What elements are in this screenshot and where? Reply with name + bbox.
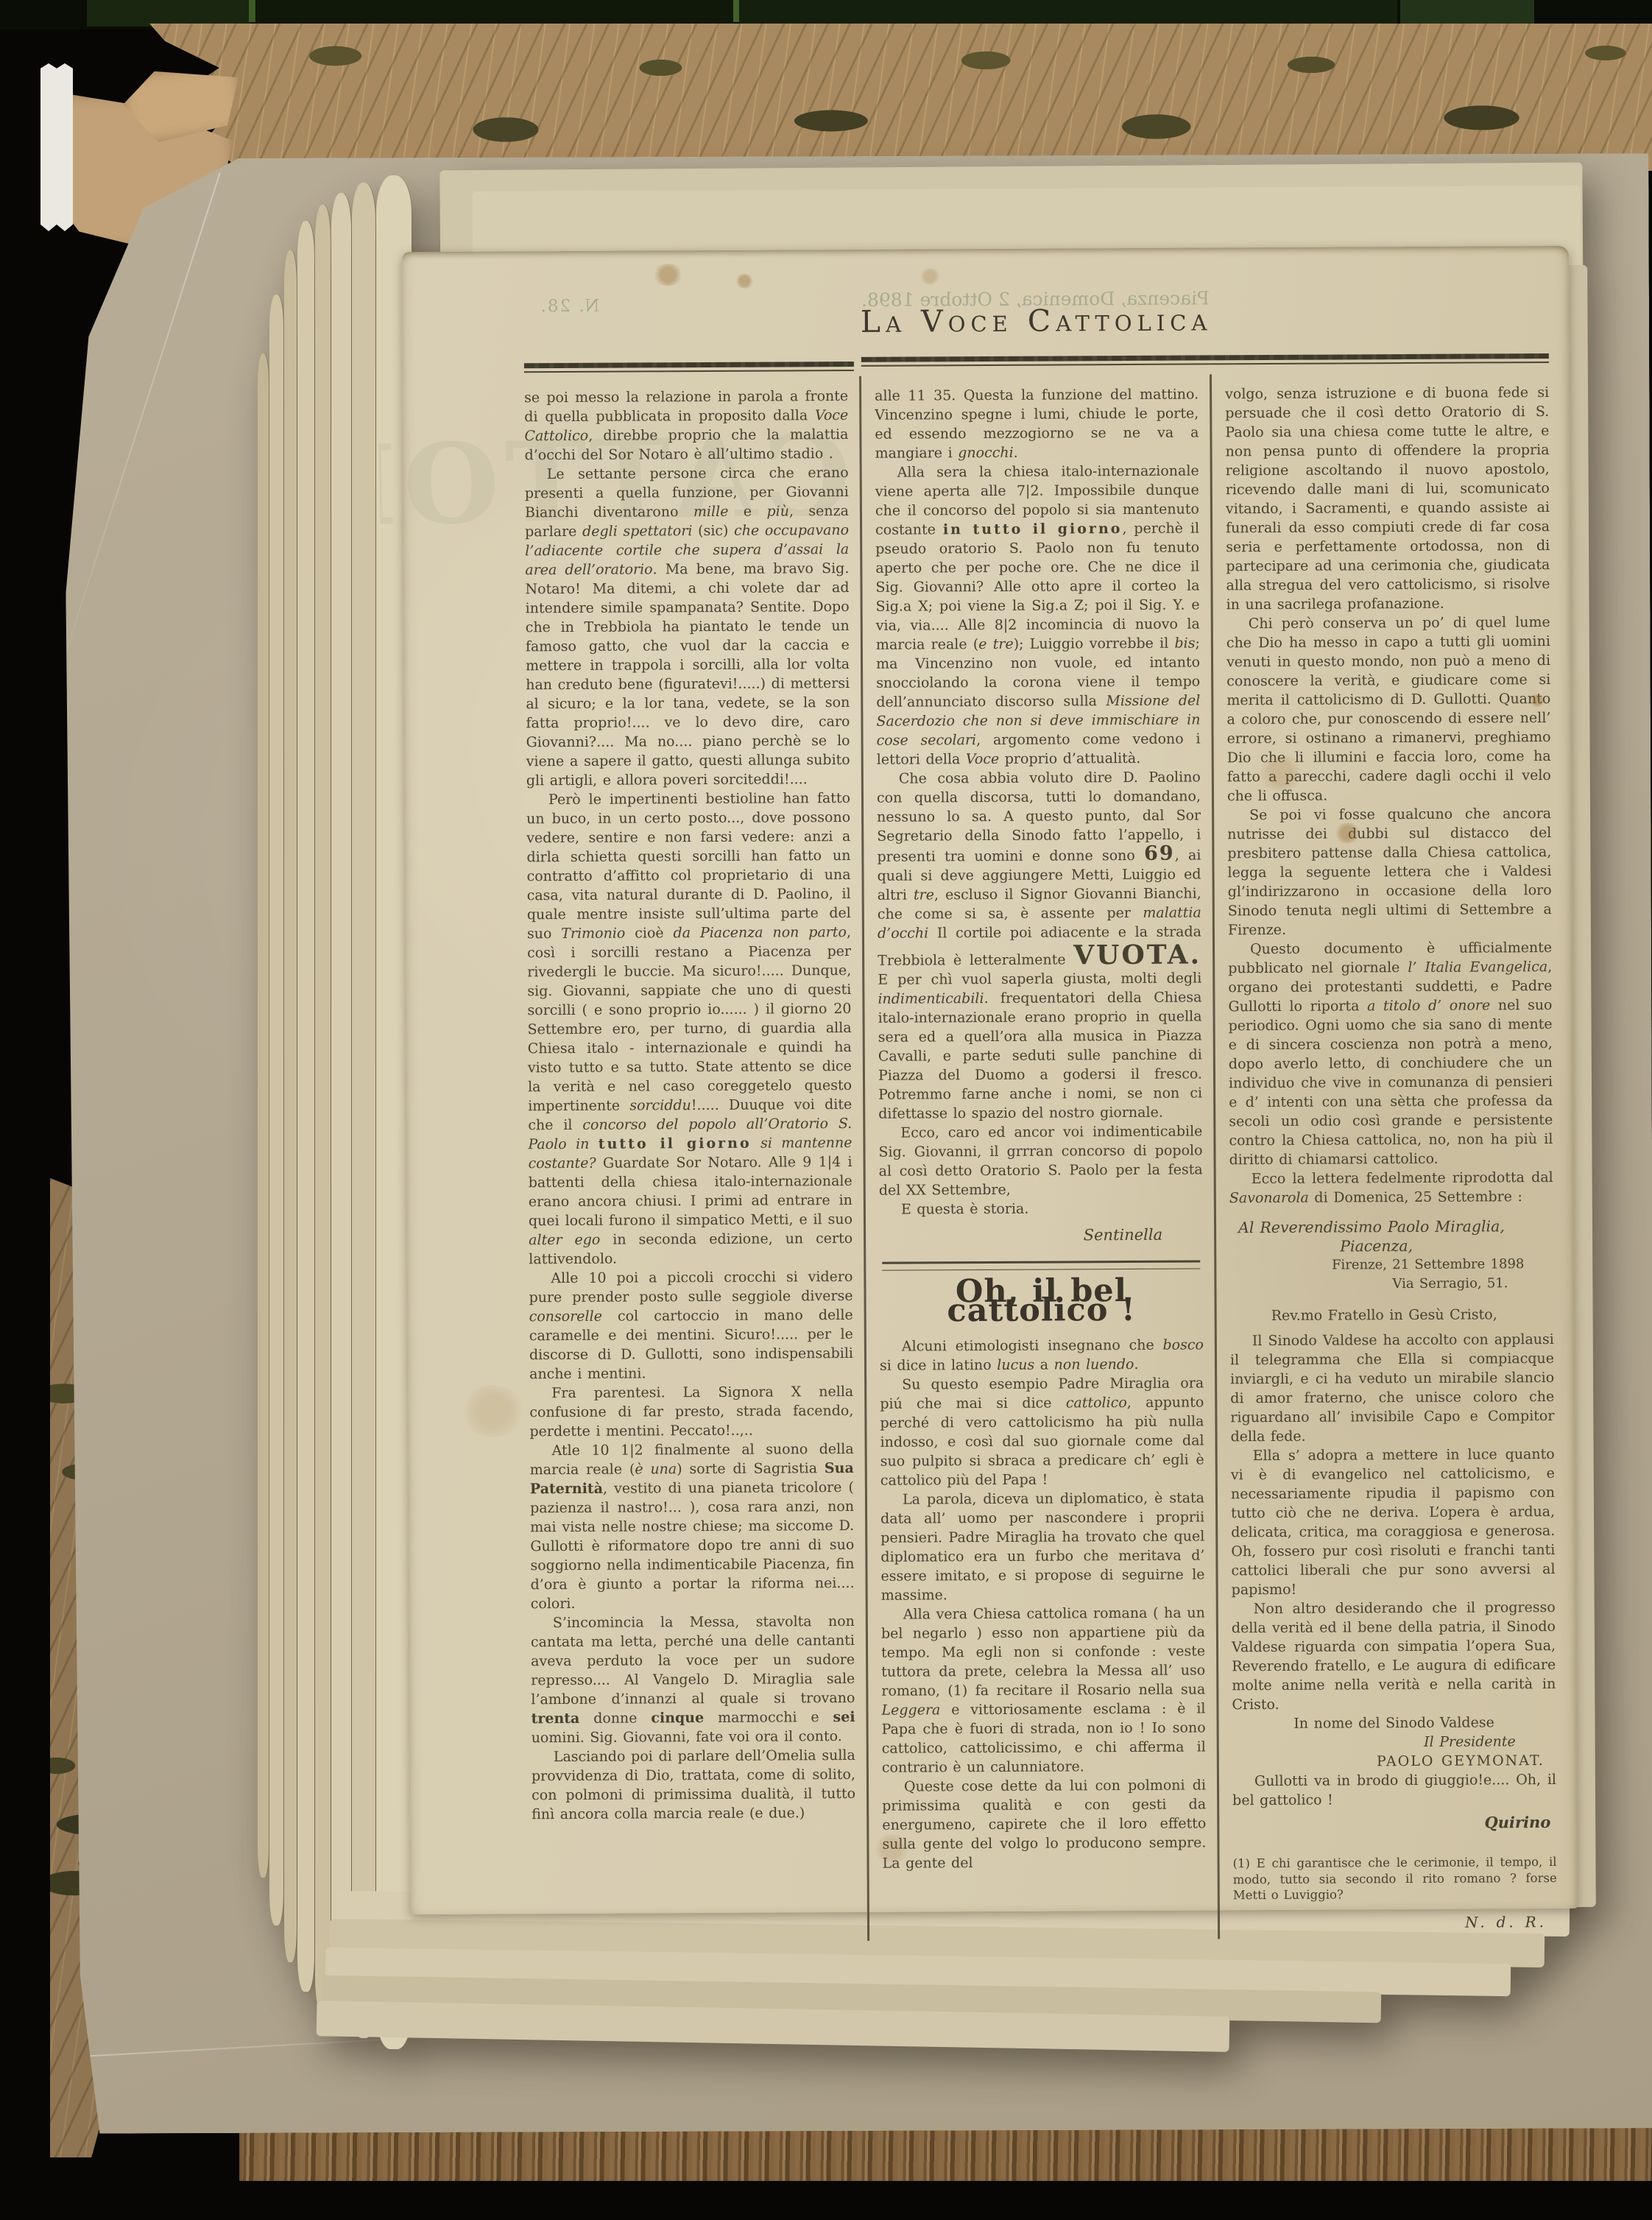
page-edge-fan-left: [269, 295, 283, 1925]
article-paragraph: Alla sera la chiesa italo-internazionale…: [875, 462, 1201, 769]
page-edge-fan-left: [331, 193, 351, 2026]
letter-paragraph: Il Sinodo Valdese ha accolto con applaus…: [1230, 1330, 1555, 1446]
signature: Quirino: [1232, 1813, 1556, 1833]
page-edge-fan-left: [284, 250, 297, 1962]
spacer: [1232, 1832, 1556, 1850]
article-paragraph: Però le impertinenti bestioline han fatt…: [526, 789, 853, 1269]
letter-date: Firenze, 21 Settembre 1898: [1229, 1255, 1553, 1275]
masthead-rule-right: [861, 353, 1549, 367]
article-paragraph: Che cosa abbia voluto dire D. Paolino co…: [877, 767, 1203, 1123]
article-paragraph: se poi messo la relazione in parola a fr…: [524, 387, 849, 465]
masthead-title: La Voce Cattolica: [523, 300, 1548, 341]
article-paragraph: Queste cose dette da lui con polmoni di …: [882, 1775, 1207, 1872]
letter-address: Via Serragio, 51.: [1229, 1274, 1553, 1294]
stain-spot: [1334, 822, 1360, 843]
article-paragraph: alle 11 35. Questa la funzione del matti…: [875, 385, 1199, 463]
letter-closing: In nome del Sinodo Valdese: [1232, 1713, 1556, 1733]
article-heading: Oh, il bel cattolico !: [879, 1280, 1203, 1320]
column-2: alle 11 35. Questa la funzione del matti…: [875, 385, 1207, 1935]
letter-signer: PAOLO GEYMONAT.: [1232, 1751, 1556, 1772]
article-paragraph: Le settante persone circa che erano pres…: [525, 463, 850, 790]
letter-recipient: Al Reverendissimo Paolo Miraglia,: [1229, 1216, 1553, 1237]
footnote: (1) E chi garantisce che le cerimonie, i…: [1233, 1854, 1557, 1903]
article-paragraph: Ecco, caro ed ancor voi indimenticabile …: [878, 1121, 1203, 1199]
stain-spot: [1257, 755, 1305, 791]
section-divider: [882, 1261, 1200, 1271]
page-edge-fan-left: [258, 353, 269, 1878]
newspaper-stack: CATTOLICA Piacenza, Domenica, 2 Ottobre …: [0, 0, 1652, 2220]
page-edge-fan-left: [297, 221, 314, 1992]
masthead-rule-left: [524, 362, 854, 373]
editor-initials: N. d. R.: [1233, 1911, 1557, 1932]
column-1: se poi messo la relazione in parola a fr…: [524, 387, 856, 1937]
page-edge-fan-left: [315, 205, 331, 2012]
article-paragraph: Alle 10 poi a piccoli crocchi si videro …: [529, 1267, 853, 1384]
stain-spot: [735, 274, 754, 289]
stain-spot: [1529, 694, 1545, 707]
article-paragraph: Se poi vi fosse qualcuno che ancora nutr…: [1227, 804, 1552, 940]
article-paragraph: Questo documento è ufficialmente pubblic…: [1228, 938, 1553, 1169]
stain-spot: [652, 264, 683, 286]
letter-place: Piacenza,: [1229, 1236, 1553, 1256]
scanned-newspaper-screenshot: { "document": { "masthead": { "title": "…: [0, 0, 1652, 2220]
page-edge-fan-left: [352, 183, 375, 2038]
article-paragraph: Fra parentesi. La Signora X nella confus…: [529, 1382, 853, 1441]
article-paragraph: Alcuni etimologisti insegnano che bosco …: [880, 1335, 1204, 1375]
column-3: volgo, senza istruzione e di buona fede …: [1225, 383, 1557, 1933]
stain-spot: [872, 1834, 911, 1864]
text-columns: se poi messo la relazione in parola a fr…: [524, 383, 1557, 1937]
stain-spot: [459, 1385, 526, 1437]
signature: Sentinella: [879, 1224, 1203, 1245]
article-paragraph: S’incomincia la Messa, stavolta non cant…: [531, 1612, 855, 1747]
editorial-note: Gullotti va in brodo di giuggio!e.... Oh…: [1232, 1770, 1556, 1810]
newspaper-page: CATTOLICA Piacenza, Domenica, 2 Ottobre …: [402, 246, 1578, 1914]
article-paragraph: Alla vera Chiesa cattolica romana ( ha u…: [881, 1603, 1206, 1777]
article-paragraph: volgo, senza istruzione e di buona fede …: [1225, 383, 1550, 614]
article-paragraph: Atle 10 1|2 finalmente al suono della ma…: [530, 1440, 855, 1613]
letter-role: Il Presidente: [1232, 1732, 1556, 1752]
letter-paragraph: Non altro desiderando che il progresso d…: [1232, 1598, 1556, 1714]
article-paragraph: Su questo esempio Padre Miraglia ora piú…: [880, 1373, 1204, 1490]
article-paragraph: La parola, diceva un diplomatico, è stat…: [880, 1488, 1205, 1604]
article-paragraph: Ecco la lettera fedelmente riprodotta da…: [1229, 1168, 1553, 1208]
article-paragraph: E questa è storia.: [879, 1198, 1203, 1219]
article-paragraph: Lasciando poi di parlare dell’Omelia sul…: [532, 1746, 856, 1824]
letter-paragraph: Ella s’ adopra a mettere in luce quanto …: [1231, 1445, 1556, 1599]
letter-salutation: Rev.mo Fratello in Gesù Cristo,: [1230, 1305, 1554, 1325]
stain-spot: [919, 268, 941, 284]
